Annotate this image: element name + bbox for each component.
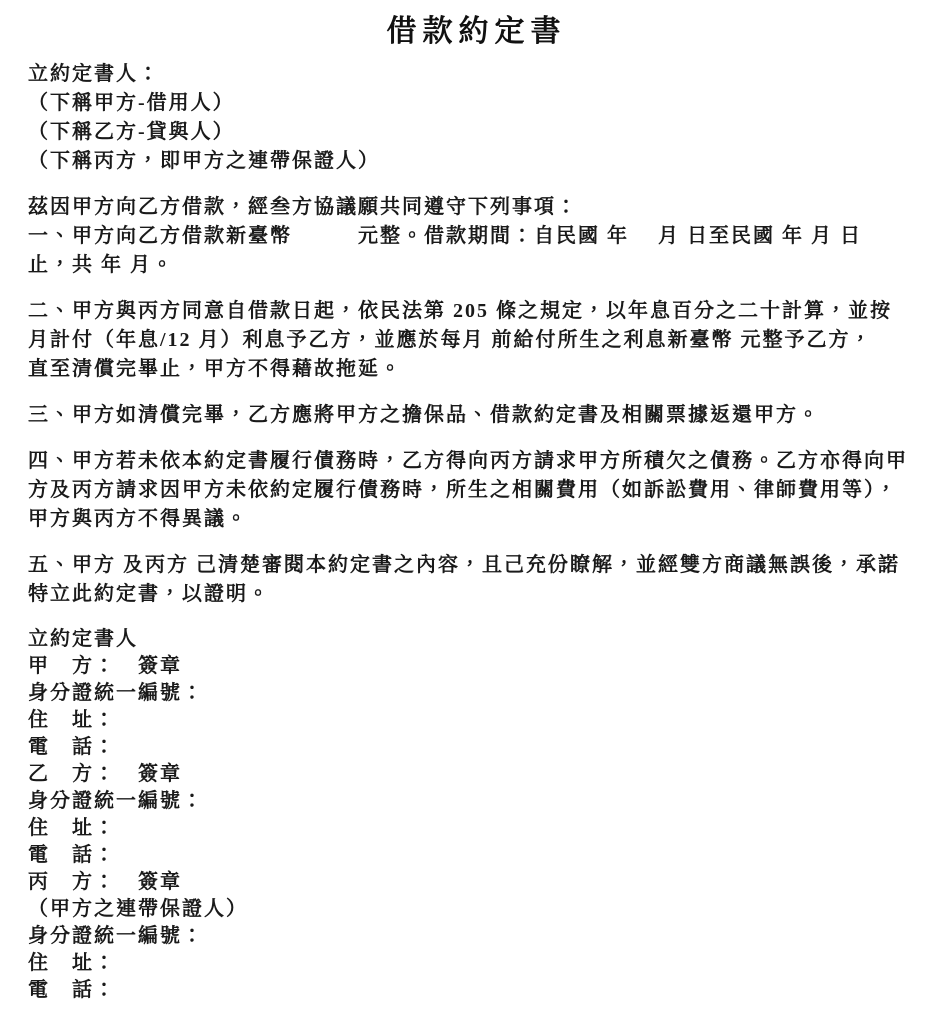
clause-3-section: 三、甲方如清償完畢，乙方應將甲方之擔保品、借款約定書及相關票據返還甲方。 — [28, 401, 925, 430]
party-b-id-line: 身分證統一編號： — [28, 788, 925, 815]
party-b-address-line: 住 址： — [28, 815, 925, 842]
party-c-phone-line: 電 話： — [28, 977, 925, 1004]
preamble-and-clause-1: 茲因甲方向乙方借款，經叁方協議願共同遵守下列事項： 一、甲方向乙方借款新臺幣 元… — [28, 193, 925, 280]
party-a-definition: （下稱甲方-借用人） — [28, 89, 925, 118]
clause-2-section: 二、甲方與丙方同意自借款日起，依民法第 205 條之規定，以年息百分之二十計算，… — [28, 297, 925, 384]
parties-heading: 立約定書人： — [28, 60, 925, 89]
document-title: 借款約定書 — [28, 6, 925, 50]
signer-party-a: 甲 方： 簽章 身分證統一編號： 住 址： 電 話： — [28, 653, 925, 761]
clause-2: 二、甲方與丙方同意自借款日起，依民法第 205 條之規定，以年息百分之二十計算，… — [28, 297, 925, 384]
party-c-definition: （下稱丙方，即甲方之連帶保證人） — [28, 147, 925, 176]
clause-4: 四、甲方若未依本約定書履行債務時，乙方得向丙方請求甲方所積欠之債務。乙方亦得向甲… — [28, 447, 925, 534]
party-a-signature-line: 甲 方： 簽章 — [28, 653, 925, 680]
signers-heading: 立約定書人 — [28, 626, 925, 653]
party-b-phone-line: 電 話： — [28, 842, 925, 869]
loan-agreement-document: 借款約定書 立約定書人： （下稱甲方-借用人） （下稱乙方-貸與人） （下稱丙方… — [0, 0, 943, 1024]
clause-3: 三、甲方如清償完畢，乙方應將甲方之擔保品、借款約定書及相關票據返還甲方。 — [28, 401, 925, 430]
clause-5: 五、甲方 及丙方 己清楚審閱本約定書之內容，且己充份瞭解，並經雙方商議無誤後，承… — [28, 551, 925, 609]
clause-1: 一、甲方向乙方借款新臺幣 元整。借款期間：自民國 年 月 日至民國 年 月 日 … — [28, 222, 925, 280]
signer-party-b: 乙 方： 簽章 身分證統一編號： 住 址： 電 話： — [28, 761, 925, 869]
parties-section: 立約定書人： （下稱甲方-借用人） （下稱乙方-貸與人） （下稱丙方，即甲方之連… — [28, 60, 925, 176]
party-a-id-line: 身分證統一編號： — [28, 680, 925, 707]
clause-5-section: 五、甲方 及丙方 己清楚審閱本約定書之內容，且己充份瞭解，並經雙方商議無誤後，承… — [28, 551, 925, 609]
party-c-signature-line: 丙 方： 簽章 — [28, 869, 925, 896]
party-b-signature-line: 乙 方： 簽章 — [28, 761, 925, 788]
clause-4-section: 四、甲方若未依本約定書履行債務時，乙方得向丙方請求甲方所積欠之債務。乙方亦得向甲… — [28, 447, 925, 534]
party-a-phone-line: 電 話： — [28, 734, 925, 761]
party-c-id-line: 身分證統一編號： — [28, 923, 925, 950]
signature-section: 立約定書人 甲 方： 簽章 身分證統一編號： 住 址： 電 話： 乙 方： 簽章… — [28, 626, 925, 1004]
signer-party-c: 丙 方： 簽章 （甲方之連帶保證人） 身分證統一編號： 住 址： 電 話： — [28, 869, 925, 1004]
party-b-definition: （下稱乙方-貸與人） — [28, 118, 925, 147]
preamble-text: 茲因甲方向乙方借款，經叁方協議願共同遵守下列事項： — [28, 193, 925, 222]
party-c-address-line: 住 址： — [28, 950, 925, 977]
party-a-address-line: 住 址： — [28, 707, 925, 734]
party-c-guarantor-note: （甲方之連帶保證人） — [28, 896, 925, 923]
